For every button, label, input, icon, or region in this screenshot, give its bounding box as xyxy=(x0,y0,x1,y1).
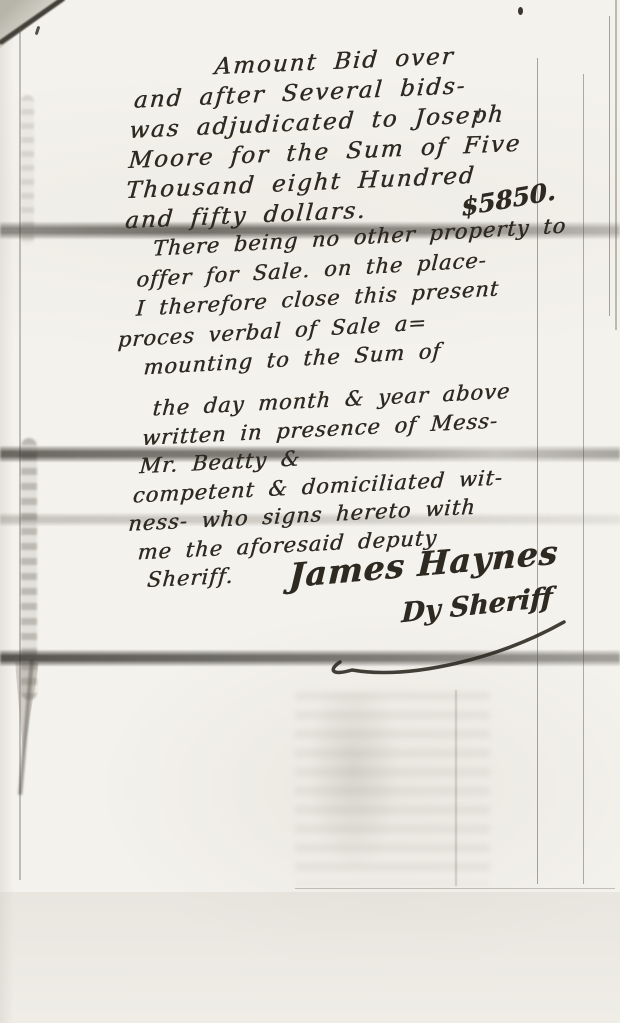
right-crease-line-3 xyxy=(609,16,610,316)
scanned-document-page: Amount Bid over and after Several bids- … xyxy=(0,0,620,1023)
ink-speck xyxy=(518,7,523,15)
bottom-left-fold-line xyxy=(18,660,34,795)
paragraph-closing: There being no other property to offer f… xyxy=(112,212,574,385)
fold-shadow-band-4 xyxy=(0,649,620,667)
right-crease-line-2 xyxy=(583,74,584,884)
page-bottom-edge-line xyxy=(295,888,615,889)
signature-title: Dy Sheriff xyxy=(401,582,553,629)
right-edge-line xyxy=(615,0,617,330)
bottom-left-fold-shading xyxy=(15,662,39,757)
left-edge-smudge-top xyxy=(21,95,34,245)
folded-corner-crease-line xyxy=(0,0,66,45)
folded-corner-mark xyxy=(0,0,64,48)
scanner-background-strip xyxy=(0,892,620,1023)
ghost-crease-line xyxy=(455,690,457,886)
left-edge-smudge-middle xyxy=(21,438,37,700)
left-crease-line xyxy=(19,28,21,880)
ink-bleed-ghost-smudge xyxy=(295,692,490,884)
ink-speck xyxy=(35,26,41,35)
